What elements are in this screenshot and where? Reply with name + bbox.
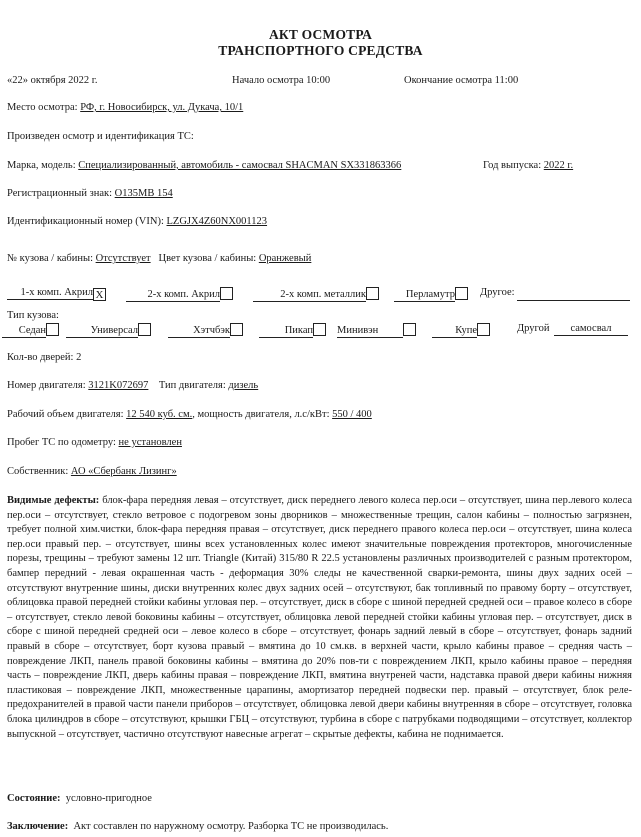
displacement-value: 12 540 куб. см.	[126, 409, 192, 420]
body-type-sedan[interactable]: Седан	[2, 323, 59, 338]
body-type-other: Другой	[517, 323, 549, 334]
door-count: Кол-во дверей: 2	[7, 352, 81, 363]
document-title-line1: АКТ ОСМОТРА	[0, 27, 641, 43]
conclusion-label: Заключение:	[7, 821, 68, 832]
engine-type-label: Тип двигателя:	[159, 380, 226, 391]
checkbox[interactable]	[220, 287, 233, 300]
body-type-label: Пикап	[259, 325, 313, 338]
mileage-label: Пробег ТС по одометру:	[7, 437, 116, 448]
body-type-other-field[interactable]: самосвал	[554, 323, 628, 336]
doors-value: 2	[76, 352, 81, 363]
reg-plate-value: О135МВ 154	[115, 188, 173, 199]
checkbox[interactable]	[230, 323, 243, 336]
checkbox-checked[interactable]: X	[93, 288, 106, 301]
condition-value: условно-пригодное	[66, 793, 152, 804]
end-label: Окончание осмотра	[404, 75, 492, 86]
condition-label: Состояние:	[7, 793, 61, 804]
body-type-other-label: Другой	[517, 323, 549, 334]
paint-other-field[interactable]	[517, 300, 630, 301]
body-color-value: Оранжевый	[259, 253, 312, 264]
checkbox[interactable]	[455, 287, 468, 300]
make-model-value: Специализированный, автомобиль - самосва…	[78, 160, 401, 171]
conclusion: Заключение: Акт составлен по наружному о…	[7, 821, 388, 832]
paint-option-2[interactable]: 2-х комп. Акрил	[126, 287, 233, 302]
body-type-label: Хэтчбэк	[168, 325, 230, 338]
engine-info: Номер двигателя: 3121K072697 Тип двигате…	[7, 380, 258, 391]
odometer-mileage: Пробег ТС по одометру: не установлен	[7, 437, 182, 448]
body-number-color: № кузова / кабины: Отсутствует Цвет кузо…	[7, 253, 311, 264]
start-value: 10:00	[306, 75, 330, 86]
checkbox[interactable]	[138, 323, 151, 336]
year-value: 2022 г.	[544, 160, 573, 171]
owner-value: АО «Сбербанк Лизинг»	[71, 466, 177, 477]
body-type-label: Тип кузова:	[7, 310, 59, 321]
body-no-label: № кузова / кабины:	[7, 253, 93, 264]
checkbox[interactable]	[403, 323, 416, 336]
vin-label: Идентификационный номер (VIN):	[7, 216, 164, 227]
year-label: Год выпуска:	[483, 160, 541, 171]
owner-label: Собственник:	[7, 466, 68, 477]
engine-type-value: дизель	[228, 380, 258, 391]
vin: Идентификационный номер (VIN): LZGJX4Z60…	[7, 216, 267, 227]
engine-displacement-power: Рабочий объем двигателя: 12 540 куб. см.…	[7, 409, 372, 420]
paint-other-label: Другое:	[480, 287, 515, 298]
power-value: 550 / 400	[332, 409, 372, 420]
body-type-wagon[interactable]: Универсал	[66, 323, 151, 338]
defects-label: Видимые дефекты:	[7, 495, 99, 506]
paint-option-label: 2-х комп. Акрил	[126, 289, 220, 302]
place-value: РФ, г. Новосибирск, ул. Дукача, 10/1	[80, 102, 243, 113]
start-label: Начало осмотра	[232, 75, 304, 86]
body-type-label: Универсал	[66, 325, 138, 338]
displacement-label: Рабочий объем двигателя:	[7, 409, 124, 420]
paint-option-3[interactable]: 2-х комп. металлик	[253, 287, 379, 302]
document-title-line2: ТРАНСПОРТНОГО СРЕДСТВА	[0, 43, 641, 59]
end-value: 11:00	[495, 75, 519, 86]
body-type-pickup[interactable]: Пикап	[259, 323, 326, 338]
checkbox[interactable]	[366, 287, 379, 300]
body-color-label: Цвет кузова / кабины:	[158, 253, 256, 264]
owner: Собственник: АО «Сбербанк Лизинг»	[7, 466, 177, 477]
condition: Состояние: условно-пригодное	[7, 793, 152, 804]
make-model: Марка, модель: Специализированный, автом…	[7, 160, 401, 171]
body-type-coupe[interactable]: Купе	[432, 323, 490, 338]
make-model-label: Марка, модель:	[7, 160, 76, 171]
inspection-place: Место осмотра: РФ, г. Новосибирск, ул. Д…	[7, 102, 243, 113]
paint-option-4[interactable]: Перламутр	[394, 287, 468, 302]
body-type-label: Седан	[2, 325, 46, 338]
paint-option-label: 2-х комп. металлик	[253, 289, 366, 302]
checkbox[interactable]	[477, 323, 490, 336]
power-label: , мощность двигателя, л.с/кВт:	[192, 409, 329, 420]
vin-value: LZGJX4Z60NX001123	[167, 216, 268, 227]
body-type-label: Купе	[432, 325, 477, 338]
checkbox[interactable]	[46, 323, 59, 336]
conclusion-value: Акт составлен по наружному осмотру. Разб…	[73, 821, 388, 832]
inspected-statement: Произведен осмотр и идентификация ТС:	[7, 131, 194, 142]
body-type-minivan[interactable]: Минивэн	[337, 323, 416, 338]
body-type-label: Минивэн	[337, 325, 403, 338]
engine-no-label: Номер двигателя:	[7, 380, 86, 391]
defects-text: блок-фара передняя левая – отсутствует, …	[7, 495, 632, 740]
inspection-start: Начало осмотра 10:00	[232, 75, 330, 86]
paint-option-label: 1-х комп. Акрил	[7, 287, 93, 300]
manufacture-year: Год выпуска: 2022 г.	[483, 160, 573, 171]
reg-plate-label: Регистрационный знак:	[7, 188, 112, 199]
body-no-value: Отсутствует	[96, 253, 151, 264]
mileage-value: не установлен	[119, 437, 182, 448]
place-label: Место осмотра:	[7, 102, 78, 113]
paint-option-1[interactable]: 1-х комп. АкрилX	[7, 287, 106, 301]
paint-option-label: Перламутр	[394, 289, 455, 302]
checkbox[interactable]	[313, 323, 326, 336]
body-type-other-value: самосвал	[554, 323, 628, 336]
inspection-end: Окончание осмотра 11:00	[404, 75, 518, 86]
doors-label: Кол-во дверей:	[7, 352, 73, 363]
inspection-date: «22» октября 2022 г.	[7, 75, 98, 86]
visible-defects: Видимые дефекты: блок-фара передняя лева…	[7, 494, 632, 742]
body-type-hatchback[interactable]: Хэтчбэк	[168, 323, 243, 338]
registration-plate: Регистрационный знак: О135МВ 154	[7, 188, 173, 199]
engine-no-value: 3121K072697	[88, 380, 148, 391]
